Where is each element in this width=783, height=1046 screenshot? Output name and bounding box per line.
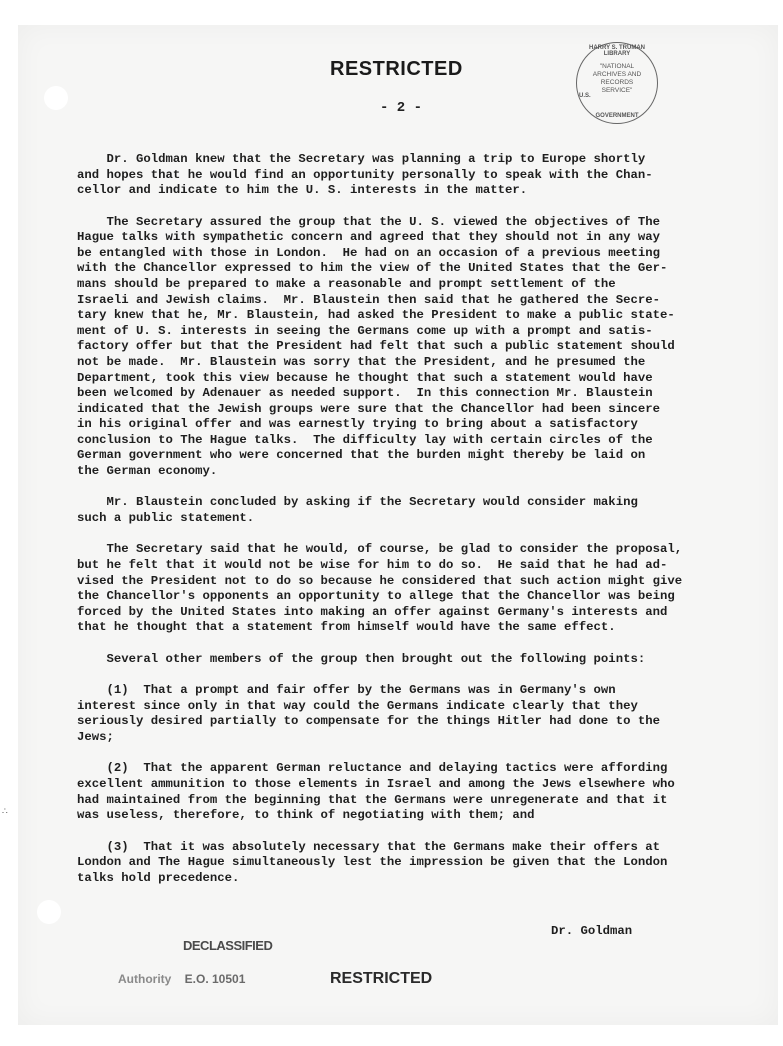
stamp-ring-bottom: GOVERNMENT <box>577 113 657 119</box>
point-1: (1) That a prompt and fair offer by the … <box>77 683 737 745</box>
authority-stamp: Authority E.O. 10501 <box>118 972 245 986</box>
classification-footer: RESTRICTED <box>330 970 432 988</box>
point-3: (3) That it was absolutely necessary tha… <box>77 840 737 887</box>
paragraph-blaustein-concluded: Mr. Blaustein concluded by asking if the… <box>77 495 737 526</box>
page-number: - 2 - <box>380 100 422 116</box>
point-2: (2) That the apparent German reluctance … <box>77 761 737 823</box>
stamp-inner-text: "NATIONAL ARCHIVES AND RECORDS SERVICE" <box>585 63 649 95</box>
paragraph-several-members: Several other members of the group then … <box>77 652 737 668</box>
declassified-stamp: DECLASSIFIED <box>183 938 272 953</box>
paragraph-secretary-response: The Secretary said that he would, of cou… <box>77 542 737 636</box>
stamp-ring-left: U.S. <box>579 93 591 99</box>
margin-mark: ∴ <box>2 806 8 817</box>
memo-body: Dr. Goldman knew that the Secretary was … <box>77 152 737 902</box>
stamp-line: ARCHIVES AND <box>585 71 649 79</box>
stamp-ring-top: HARRY S. TRUMAN LIBRARY <box>577 45 657 57</box>
stamp-line: RECORDS <box>585 79 649 87</box>
authority-label: Authority <box>118 972 171 986</box>
stamp-line: SERVICE" <box>585 87 649 95</box>
continuation-line: Dr. Goldman <box>551 924 632 938</box>
paragraph-secretary-assured: The Secretary assured the group that the… <box>77 215 737 480</box>
archives-stamp: HARRY S. TRUMAN LIBRARY "NATIONAL ARCHIV… <box>576 42 658 124</box>
punch-hole-bottom <box>37 900 61 924</box>
paragraph-goldman-trip: Dr. Goldman knew that the Secretary was … <box>77 152 737 199</box>
punch-hole-top <box>44 86 68 110</box>
stamp-line: "NATIONAL <box>585 63 649 71</box>
authority-reference: E.O. 10501 <box>185 972 246 986</box>
classification-header: RESTRICTED <box>330 58 463 81</box>
